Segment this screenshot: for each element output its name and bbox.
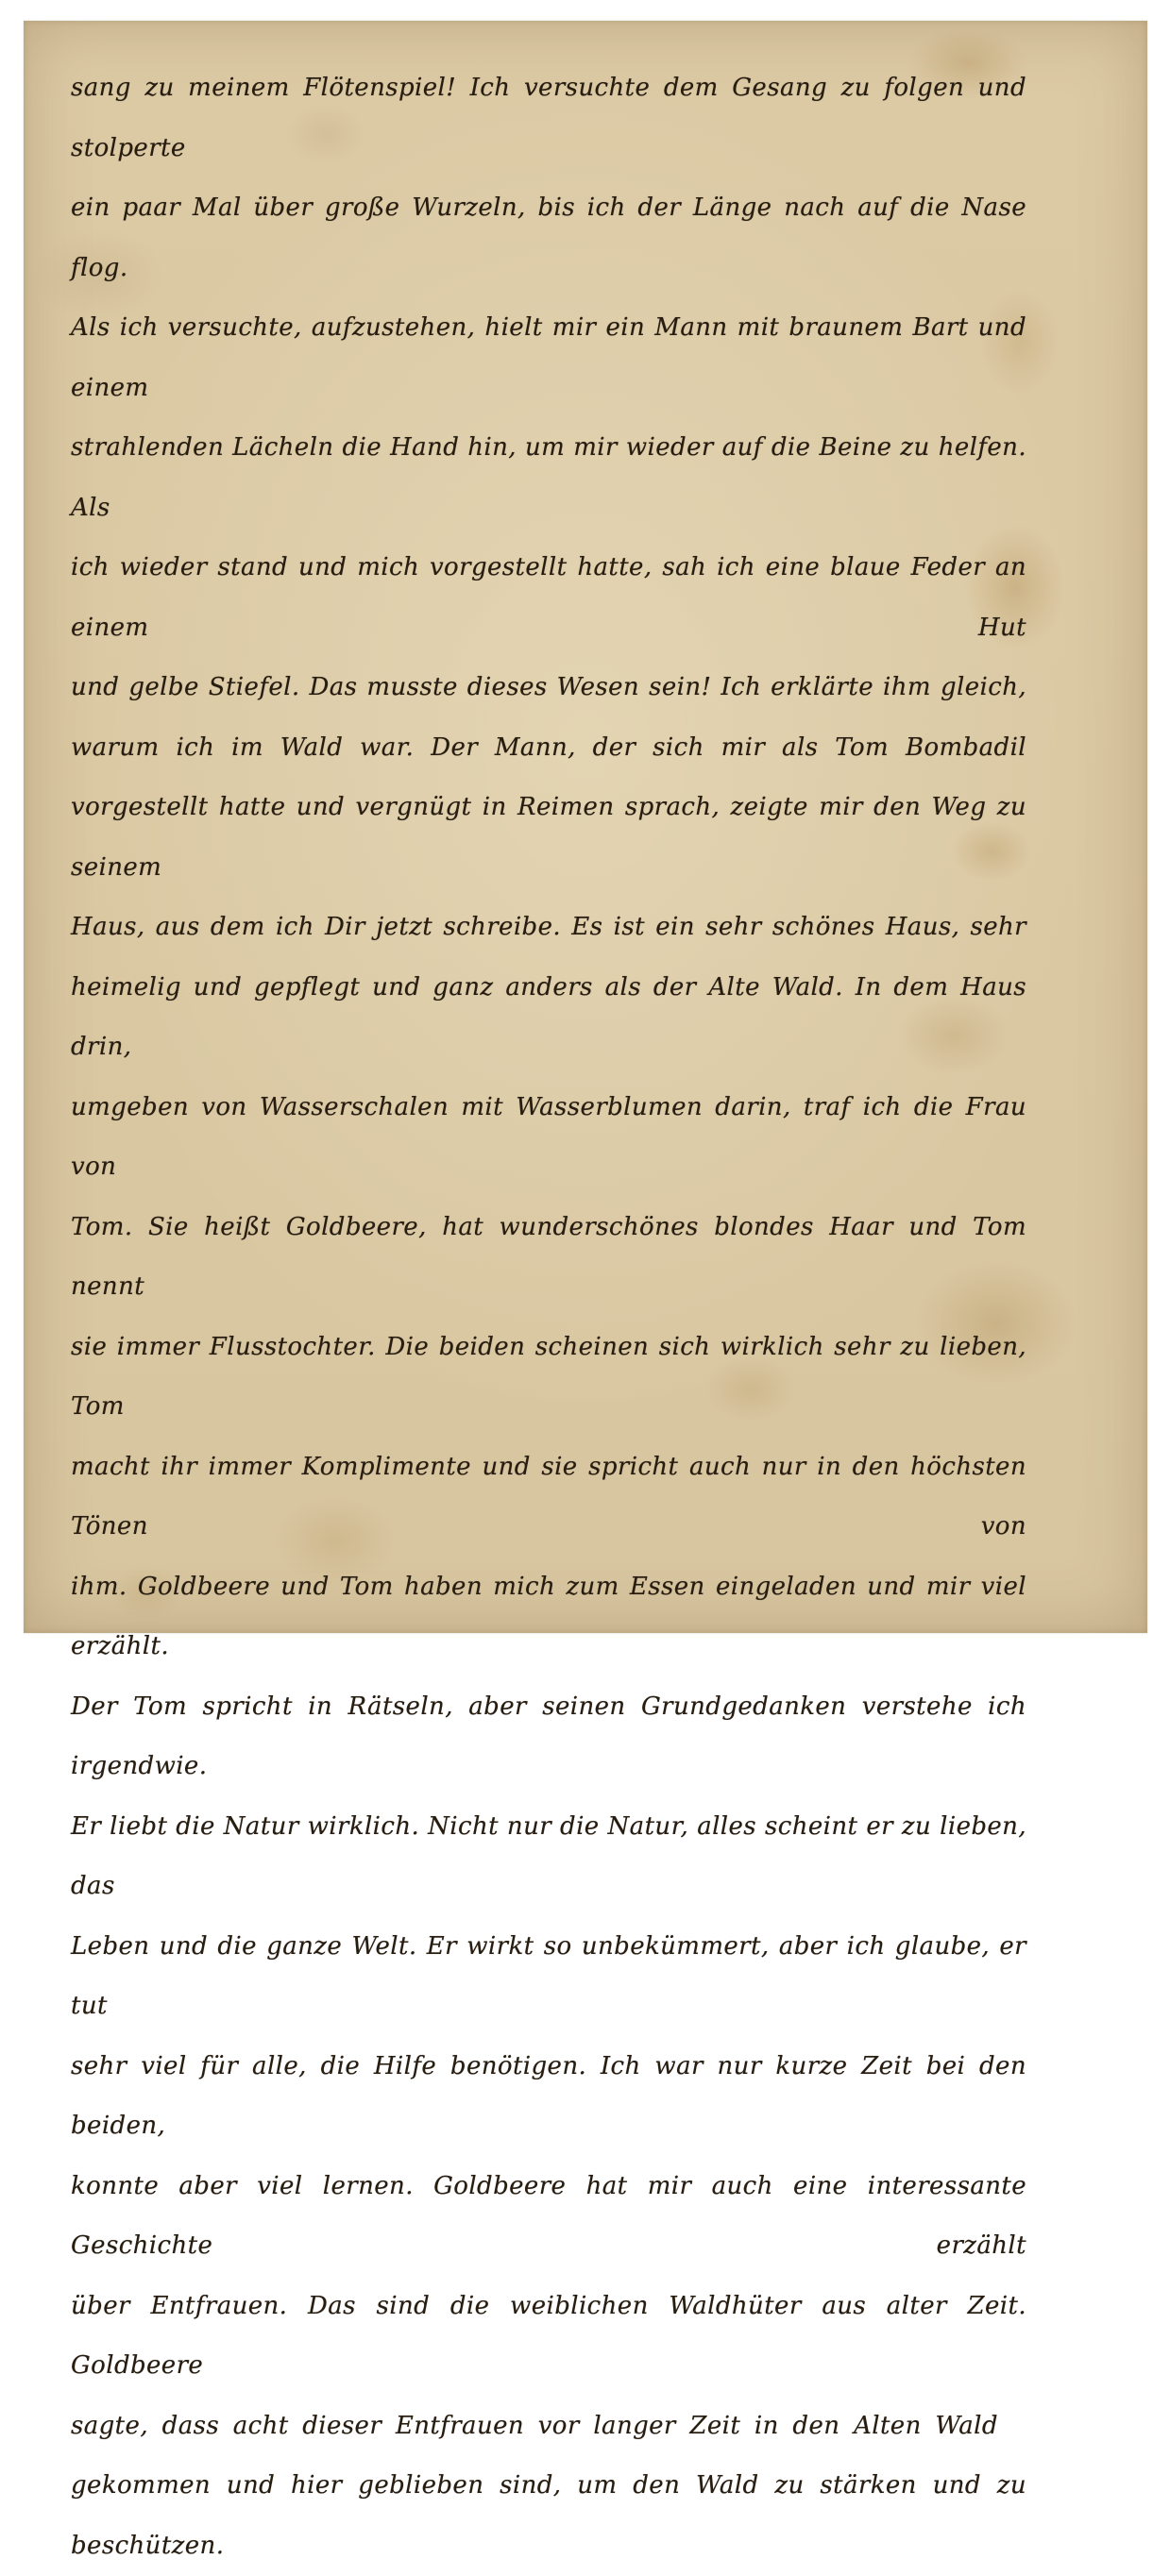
- letter-line: ihm. Goldbeere und Tom haben mich zum Es…: [71, 1557, 1026, 1657]
- letter-line: umgeben von Wasserschalen mit Wasserblum…: [71, 1078, 1026, 1198]
- letter-line: heimelig und gepflegt und ganz anders al…: [71, 958, 1026, 1078]
- letter-line: macht ihr immer Komplimente und sie spri…: [71, 1438, 1026, 1557]
- letter-page: sang zu meinem Flötenspiel! Ich versucht…: [24, 21, 1147, 1633]
- letter-line: sie immer Flusstochter. Die beiden schei…: [71, 1318, 1026, 1438]
- letter-line: warum ich im Wald war. Der Mann, der sic…: [71, 718, 1026, 779]
- letter-line: sang zu meinem Flötenspiel! Ich versucht…: [71, 59, 1026, 178]
- letter-line: ein paar Mal über große Wurzeln, bis ich…: [71, 178, 1026, 298]
- letter-line: Tom. Sie heißt Goldbeere, hat wunderschö…: [71, 1198, 1026, 1318]
- letter-body: sang zu meinem Flötenspiel! Ich versucht…: [71, 59, 1026, 1656]
- letter-line: Haus, aus dem ich Dir jetzt schreibe. Es…: [71, 898, 1026, 958]
- letter-line: strahlenden Lächeln die Hand hin, um mir…: [71, 418, 1026, 538]
- letter-line: und gelbe Stiefel. Das musste dieses Wes…: [71, 658, 1026, 718]
- letter-line: Als ich versuchte, aufzustehen, hielt mi…: [71, 298, 1026, 418]
- letter-line: ich wieder stand und mich vorgestellt ha…: [71, 538, 1026, 658]
- letter-line: vorgestellt hatte und vergnügt in Reimen…: [71, 778, 1026, 898]
